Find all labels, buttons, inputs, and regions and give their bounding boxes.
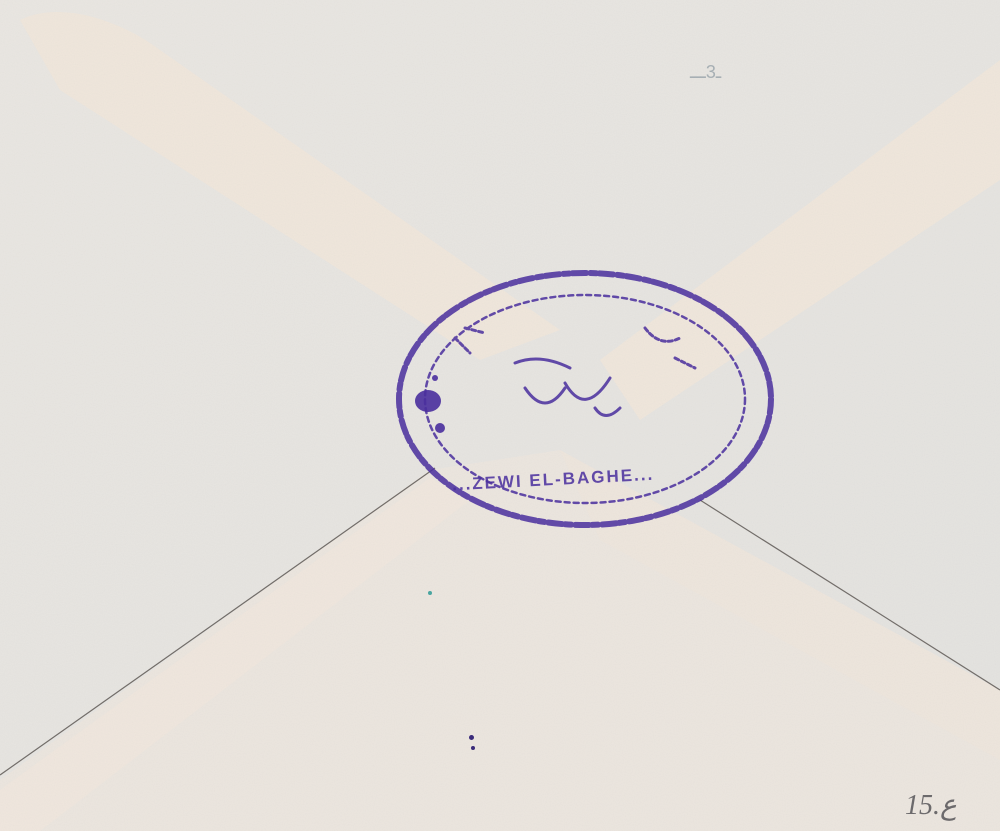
ink-speck <box>469 735 474 740</box>
pencil-mark-top: ـ3ـــ <box>690 62 721 83</box>
ink-speck <box>428 591 432 595</box>
envelope-back: ...ZEWI EL-BAGHE... ـ3ـــ 15.ع <box>0 0 1000 831</box>
ink-speck <box>471 746 475 750</box>
pencil-price-note: 15.ع <box>905 788 957 822</box>
